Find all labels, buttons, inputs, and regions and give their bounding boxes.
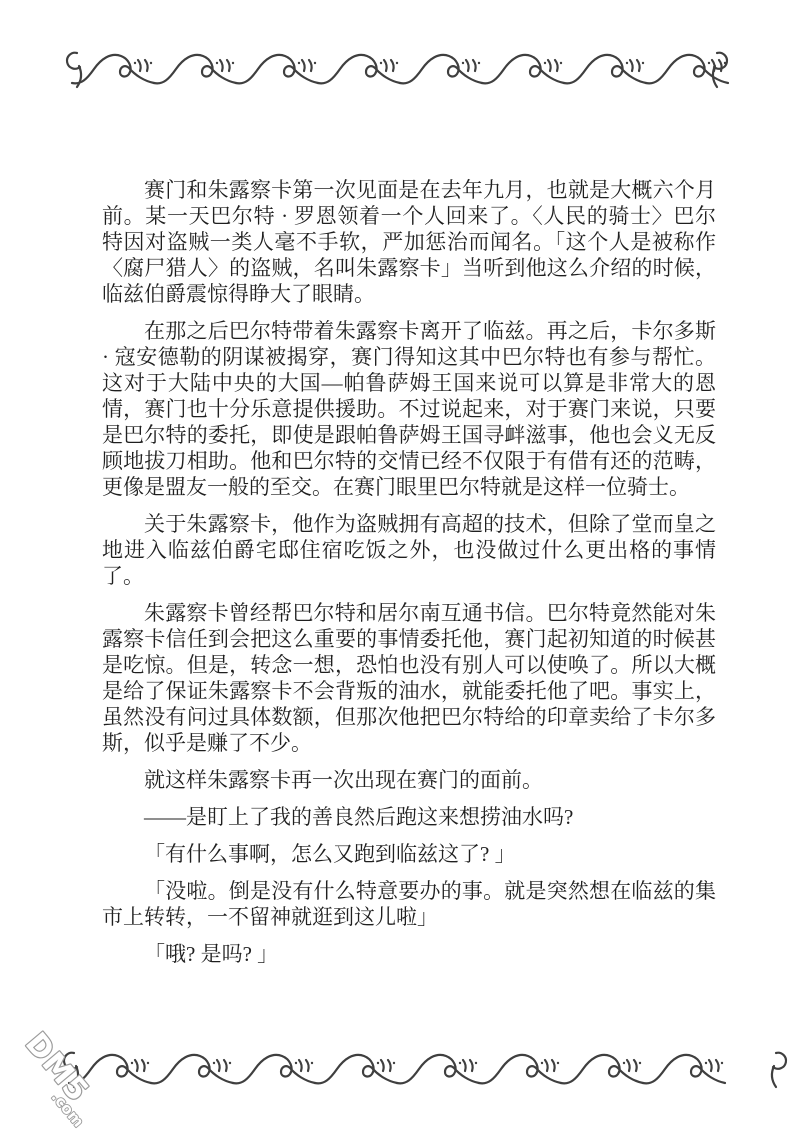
paragraph: 关于朱露察卡，他作为盗贼拥有高超的技术，但除了堂而皇之地进入临兹伯爵宅邸住宿吃饭…	[102, 511, 716, 589]
paragraph: 「哦? 是吗? 」	[102, 941, 716, 967]
paragraph: 「没啦。倒是没有什么特意要办的事。就是突然想在临兹的集市上转转，一不留神就逛到这…	[102, 878, 716, 930]
paragraph: ——是盯上了我的善良然后跑这来想捞油水吗?	[102, 804, 716, 830]
paragraph: 就这样朱露察卡再一次出现在赛门的面前。	[102, 767, 716, 793]
paragraph: 赛门和朱露察卡第一次见面是在去年九月，也就是大概六个月前。某一天巴尔特 · 罗恩…	[102, 177, 716, 307]
paragraph: 「有什么事啊，怎么又跑到临兹这了? 」	[102, 841, 716, 867]
ornamental-border-bottom-icon	[55, 1042, 795, 1092]
paragraph: 在那之后巴尔特带着朱露察卡离开了临兹。再之后，卡尔多斯 · 寇安德勒的阴谋被揭穿…	[102, 318, 716, 500]
novel-text: 赛门和朱露察卡第一次见面是在去年九月，也就是大概六个月前。某一天巴尔特 · 罗恩…	[102, 177, 716, 978]
paragraph: 朱露察卡曾经帮巴尔特和居尔南互通书信。巴尔特竟然能对朱露察卡信任到会把这么重要的…	[102, 600, 716, 756]
dm5-watermark-logo: DM5 .com	[6, 1020, 136, 1131]
ornamental-border-top-icon	[58, 44, 736, 90]
novel-page: 赛门和朱露察卡第一次见面是在去年九月，也就是大概六个月前。某一天巴尔特 · 罗恩…	[0, 0, 800, 1131]
